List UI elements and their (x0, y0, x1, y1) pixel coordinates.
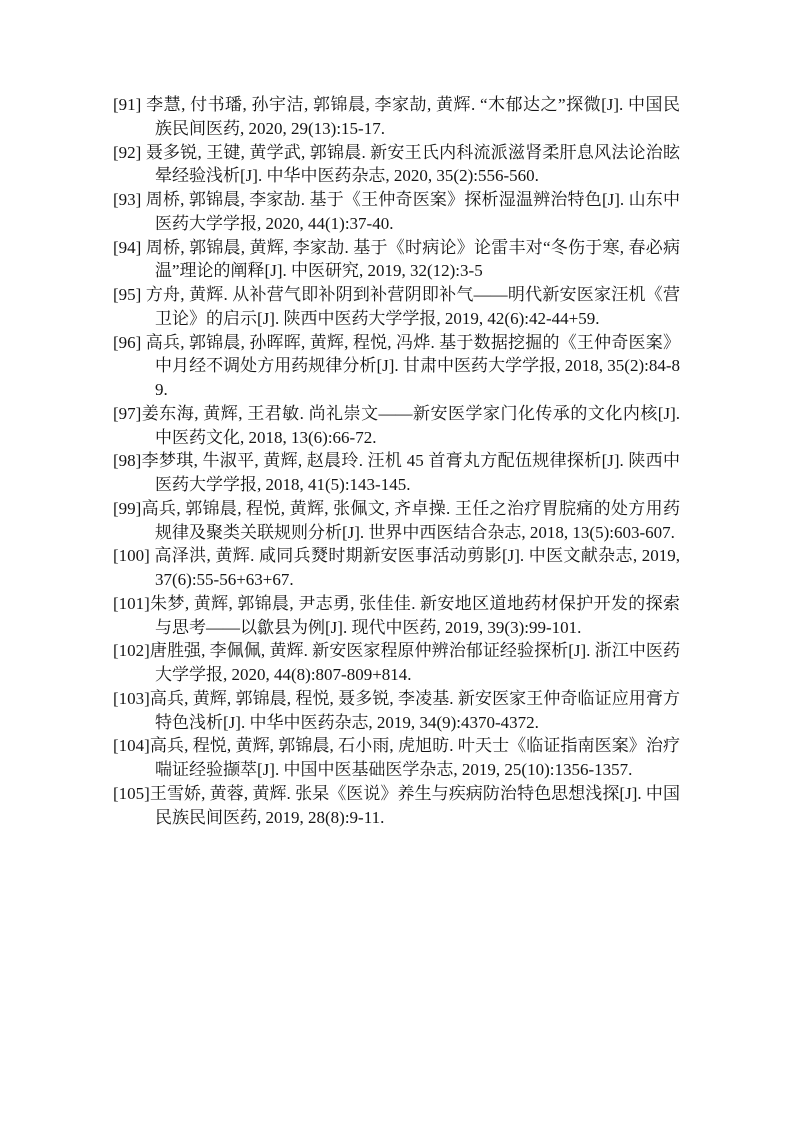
citation-label: [91] (113, 95, 146, 114)
reference-item: [103]高兵, 黄辉, 郭锦晨, 程悦, 聂多锐, 李凌基. 新安医家王仲奇临… (113, 687, 680, 735)
citation-label: [93] (113, 190, 146, 209)
citation-label: [104] (113, 736, 150, 755)
citation-text: 朱梦, 黄辉, 郭锦晨, 尹志勇, 张佳佳. 新安地区道地药材保护开发的探索与思… (150, 594, 680, 637)
reference-item: [98]李梦琪, 牛淑平, 黄辉, 赵晨玲. 汪机 45 首膏丸方配伍规律探析[… (113, 449, 680, 497)
reference-list: [91] 李慧, 付书璠, 孙宇洁, 郭锦晨, 李家劼, 黄辉. “木郁达之”探… (113, 93, 680, 829)
reference-item: [100] 高泽洪, 黄辉. 咸同兵燹时期新安医事活动剪影[J]. 中医文献杂志… (113, 544, 680, 592)
citation-text: 周桥, 郭锦晨, 黄辉, 李家劼. 基于《时病论》论雷丰对“冬伤于寒, 春必病温… (146, 238, 680, 281)
citation-label: [99] (113, 499, 141, 518)
reference-item: [91] 李慧, 付书璠, 孙宇洁, 郭锦晨, 李家劼, 黄辉. “木郁达之”探… (113, 93, 680, 141)
reference-item: [104]高兵, 程悦, 黄辉, 郭锦晨, 石小雨, 虎旭昉. 叶天士《临证指南… (113, 734, 680, 782)
citation-text: 聂多锐, 王键, 黄学武, 郭锦晨. 新安王氏内科流派滋肾柔肝息风法论治眩晕经验… (146, 143, 680, 186)
citation-text: 高兵, 郭锦晨, 孙晖晖, 黄辉, 程悦, 冯烨. 基于数据挖掘的《王仲奇医案》… (146, 333, 680, 400)
citation-label: [103] (113, 689, 150, 708)
citation-text: 高兵, 程悦, 黄辉, 郭锦晨, 石小雨, 虎旭昉. 叶天士《临证指南医案》治疗… (150, 736, 680, 779)
citation-text: 姜东海, 黄辉, 王君敏. 尚礼崇文——新安医学家门化传承的文化内核[J]. 中… (141, 404, 680, 447)
citation-label: [95] (113, 285, 146, 304)
reference-item: [94] 周桥, 郭锦晨, 黄辉, 李家劼. 基于《时病论》论雷丰对“冬伤于寒,… (113, 236, 680, 284)
citation-label: [98] (113, 451, 141, 470)
citation-text: 高兵, 郭锦晨, 程悦, 黄辉, 张佩文, 齐卓操. 王任之治疗胃脘痛的处方用药… (141, 499, 680, 542)
citation-text: 唐胜强, 李佩佩, 黄辉. 新安医家程原仲辨治郁证经验探析[J]. 浙江中医药大… (150, 641, 680, 684)
reference-item: [101]朱梦, 黄辉, 郭锦晨, 尹志勇, 张佳佳. 新安地区道地药材保护开发… (113, 592, 680, 640)
citation-text: 李梦琪, 牛淑平, 黄辉, 赵晨玲. 汪机 45 首膏丸方配伍规律探析[J]. … (141, 451, 680, 494)
reference-item: [93] 周桥, 郭锦晨, 李家劼. 基于《王仲奇医案》探析湿温辨治特色[J].… (113, 188, 680, 236)
document-page: [91] 李慧, 付书璠, 孙宇洁, 郭锦晨, 李家劼, 黄辉. “木郁达之”探… (0, 0, 794, 1123)
citation-text: 李慧, 付书璠, 孙宇洁, 郭锦晨, 李家劼, 黄辉. “木郁达之”探微[J].… (146, 95, 680, 138)
citation-text: 方舟, 黄辉. 从补营气即补阴到补营阴即补气——明代新安医家汪机《营卫论》的启示… (146, 285, 680, 328)
reference-item: [105]王雪娇, 黄蓉, 黄辉. 张杲《医说》养生与疾病防治特色思想浅探[J]… (113, 782, 680, 830)
citation-label: [101] (113, 594, 150, 613)
citation-label: [100] (113, 546, 154, 565)
citation-label: [94] (113, 238, 146, 257)
citation-label: [92] (113, 143, 146, 162)
citation-label: [102] (113, 641, 150, 660)
citation-label: [105] (113, 784, 150, 803)
reference-item: [95] 方舟, 黄辉. 从补营气即补阴到补营阴即补气——明代新安医家汪机《营卫… (113, 283, 680, 331)
reference-item: [96] 高兵, 郭锦晨, 孙晖晖, 黄辉, 程悦, 冯烨. 基于数据挖掘的《王… (113, 331, 680, 402)
reference-item: [102]唐胜强, 李佩佩, 黄辉. 新安医家程原仲辨治郁证经验探析[J]. 浙… (113, 639, 680, 687)
citation-label: [97] (113, 404, 141, 423)
citation-text: 周桥, 郭锦晨, 李家劼. 基于《王仲奇医案》探析湿温辨治特色[J]. 山东中医… (146, 190, 680, 233)
reference-item: [92] 聂多锐, 王键, 黄学武, 郭锦晨. 新安王氏内科流派滋肾柔肝息风法论… (113, 141, 680, 189)
citation-label: [96] (113, 333, 146, 352)
citation-text: 高泽洪, 黄辉. 咸同兵燹时期新安医事活动剪影[J]. 中医文献杂志, 2019… (154, 546, 680, 589)
citation-text: 王雪娇, 黄蓉, 黄辉. 张杲《医说》养生与疾病防治特色思想浅探[J]. 中国民… (150, 784, 680, 827)
citation-text: 高兵, 黄辉, 郭锦晨, 程悦, 聂多锐, 李凌基. 新安医家王仲奇临证应用膏方… (150, 689, 680, 732)
reference-item: [99]高兵, 郭锦晨, 程悦, 黄辉, 张佩文, 齐卓操. 王任之治疗胃脘痛的… (113, 497, 680, 545)
reference-item: [97]姜东海, 黄辉, 王君敏. 尚礼崇文——新安医学家门化传承的文化内核[J… (113, 402, 680, 450)
